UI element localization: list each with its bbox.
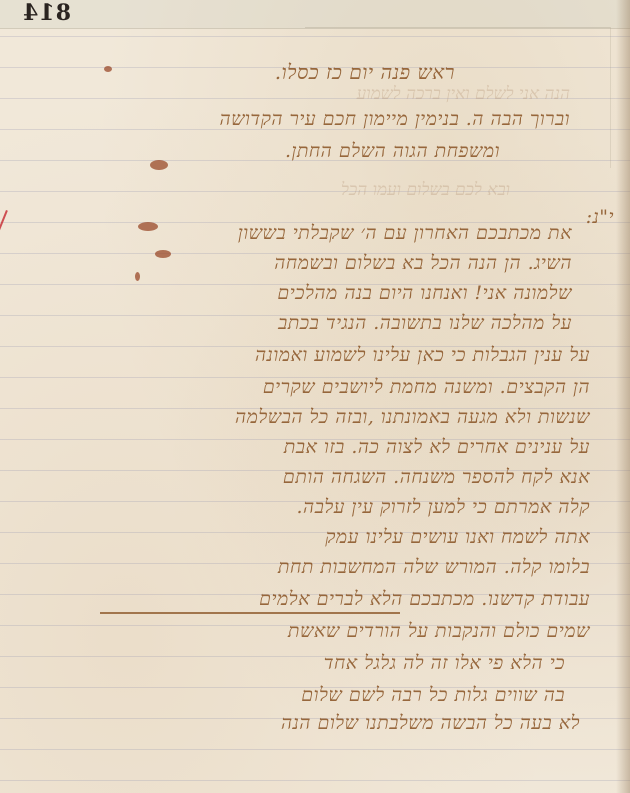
body-line: בלומו קלה. המורש שלה המחשבות תחת (278, 556, 590, 579)
ink-blot (155, 250, 171, 258)
closing-line: כי הלא פי אלו זה לה גלגל אחד (324, 652, 565, 675)
body-line: על מהלכה שלנו בתשובה. הנגיד בכתב (278, 312, 572, 335)
dateline: ראש פנה יום כז כסלו. (275, 60, 455, 85)
body-line: את מכתבכם האחרון עם ה׳ שקבלתי בששון (238, 222, 572, 245)
closing-line: שמים כולם והנקבות על הורדים שאשת (288, 620, 590, 643)
ink-blot (138, 222, 158, 231)
body-line: שלמונה אני! ואנחנו היום בנה מהלכים (277, 282, 572, 305)
body-line: אנא לקח להספר משנחה. השגחה הותם (283, 466, 590, 489)
closing-line: בה שווים גלות כל רבה לשם שלום (301, 684, 565, 707)
ink-blot (104, 66, 112, 72)
body-line: שנשות ולא מגעה באמונתנו ,ובזה כל הבשלמה (235, 406, 590, 429)
body-line: על ענינים אחרים לא לצוה כה. בזו אבת (284, 436, 590, 459)
page-number: 814 (22, 0, 71, 26)
ink-blot (150, 160, 168, 170)
ink-blot (135, 272, 140, 281)
page-edge-shadow (616, 0, 630, 793)
opening-marker: י"נ: (586, 206, 614, 229)
salutation-line-1: וברוך הבה ה. בנימין מיימון חכם עיר הקדוש… (219, 108, 570, 131)
body-line: אתה לשמח ואנו עושים עלינו עמק (325, 526, 590, 549)
body-line: עבודת קדשנו. מכתבכם הלא לברים אלמים (259, 588, 590, 611)
manuscript-page: 814 הנה אני לשלם ואין ברכה לשמוע ובא לכם… (0, 0, 630, 793)
body-line: קלה אמרתם כי למען לזרוק עין עלבה. (297, 496, 590, 519)
closing-line: לא בעה כל הבשה משלבתנו שלום הנה (281, 712, 580, 735)
bleed-through-text: הנה אני לשלם ואין ברכה לשמוע (357, 84, 570, 104)
body-line: השיג. הן הנה הכל בא בשלום ובשמחה (274, 252, 572, 275)
underline-stroke (100, 612, 400, 614)
salutation-line-2: ומשפחת הגוה השלם החתן. (285, 140, 500, 163)
bleed-through-text: ובא לכם בשלום ועמו הכל (341, 180, 510, 200)
body-line: הן הקבצים. ומשנה מחמת ליושבים שקרים (263, 376, 590, 399)
body-line: על ענין הגבלות כי כאן עלינו לשמוע ואמונה (255, 344, 590, 367)
